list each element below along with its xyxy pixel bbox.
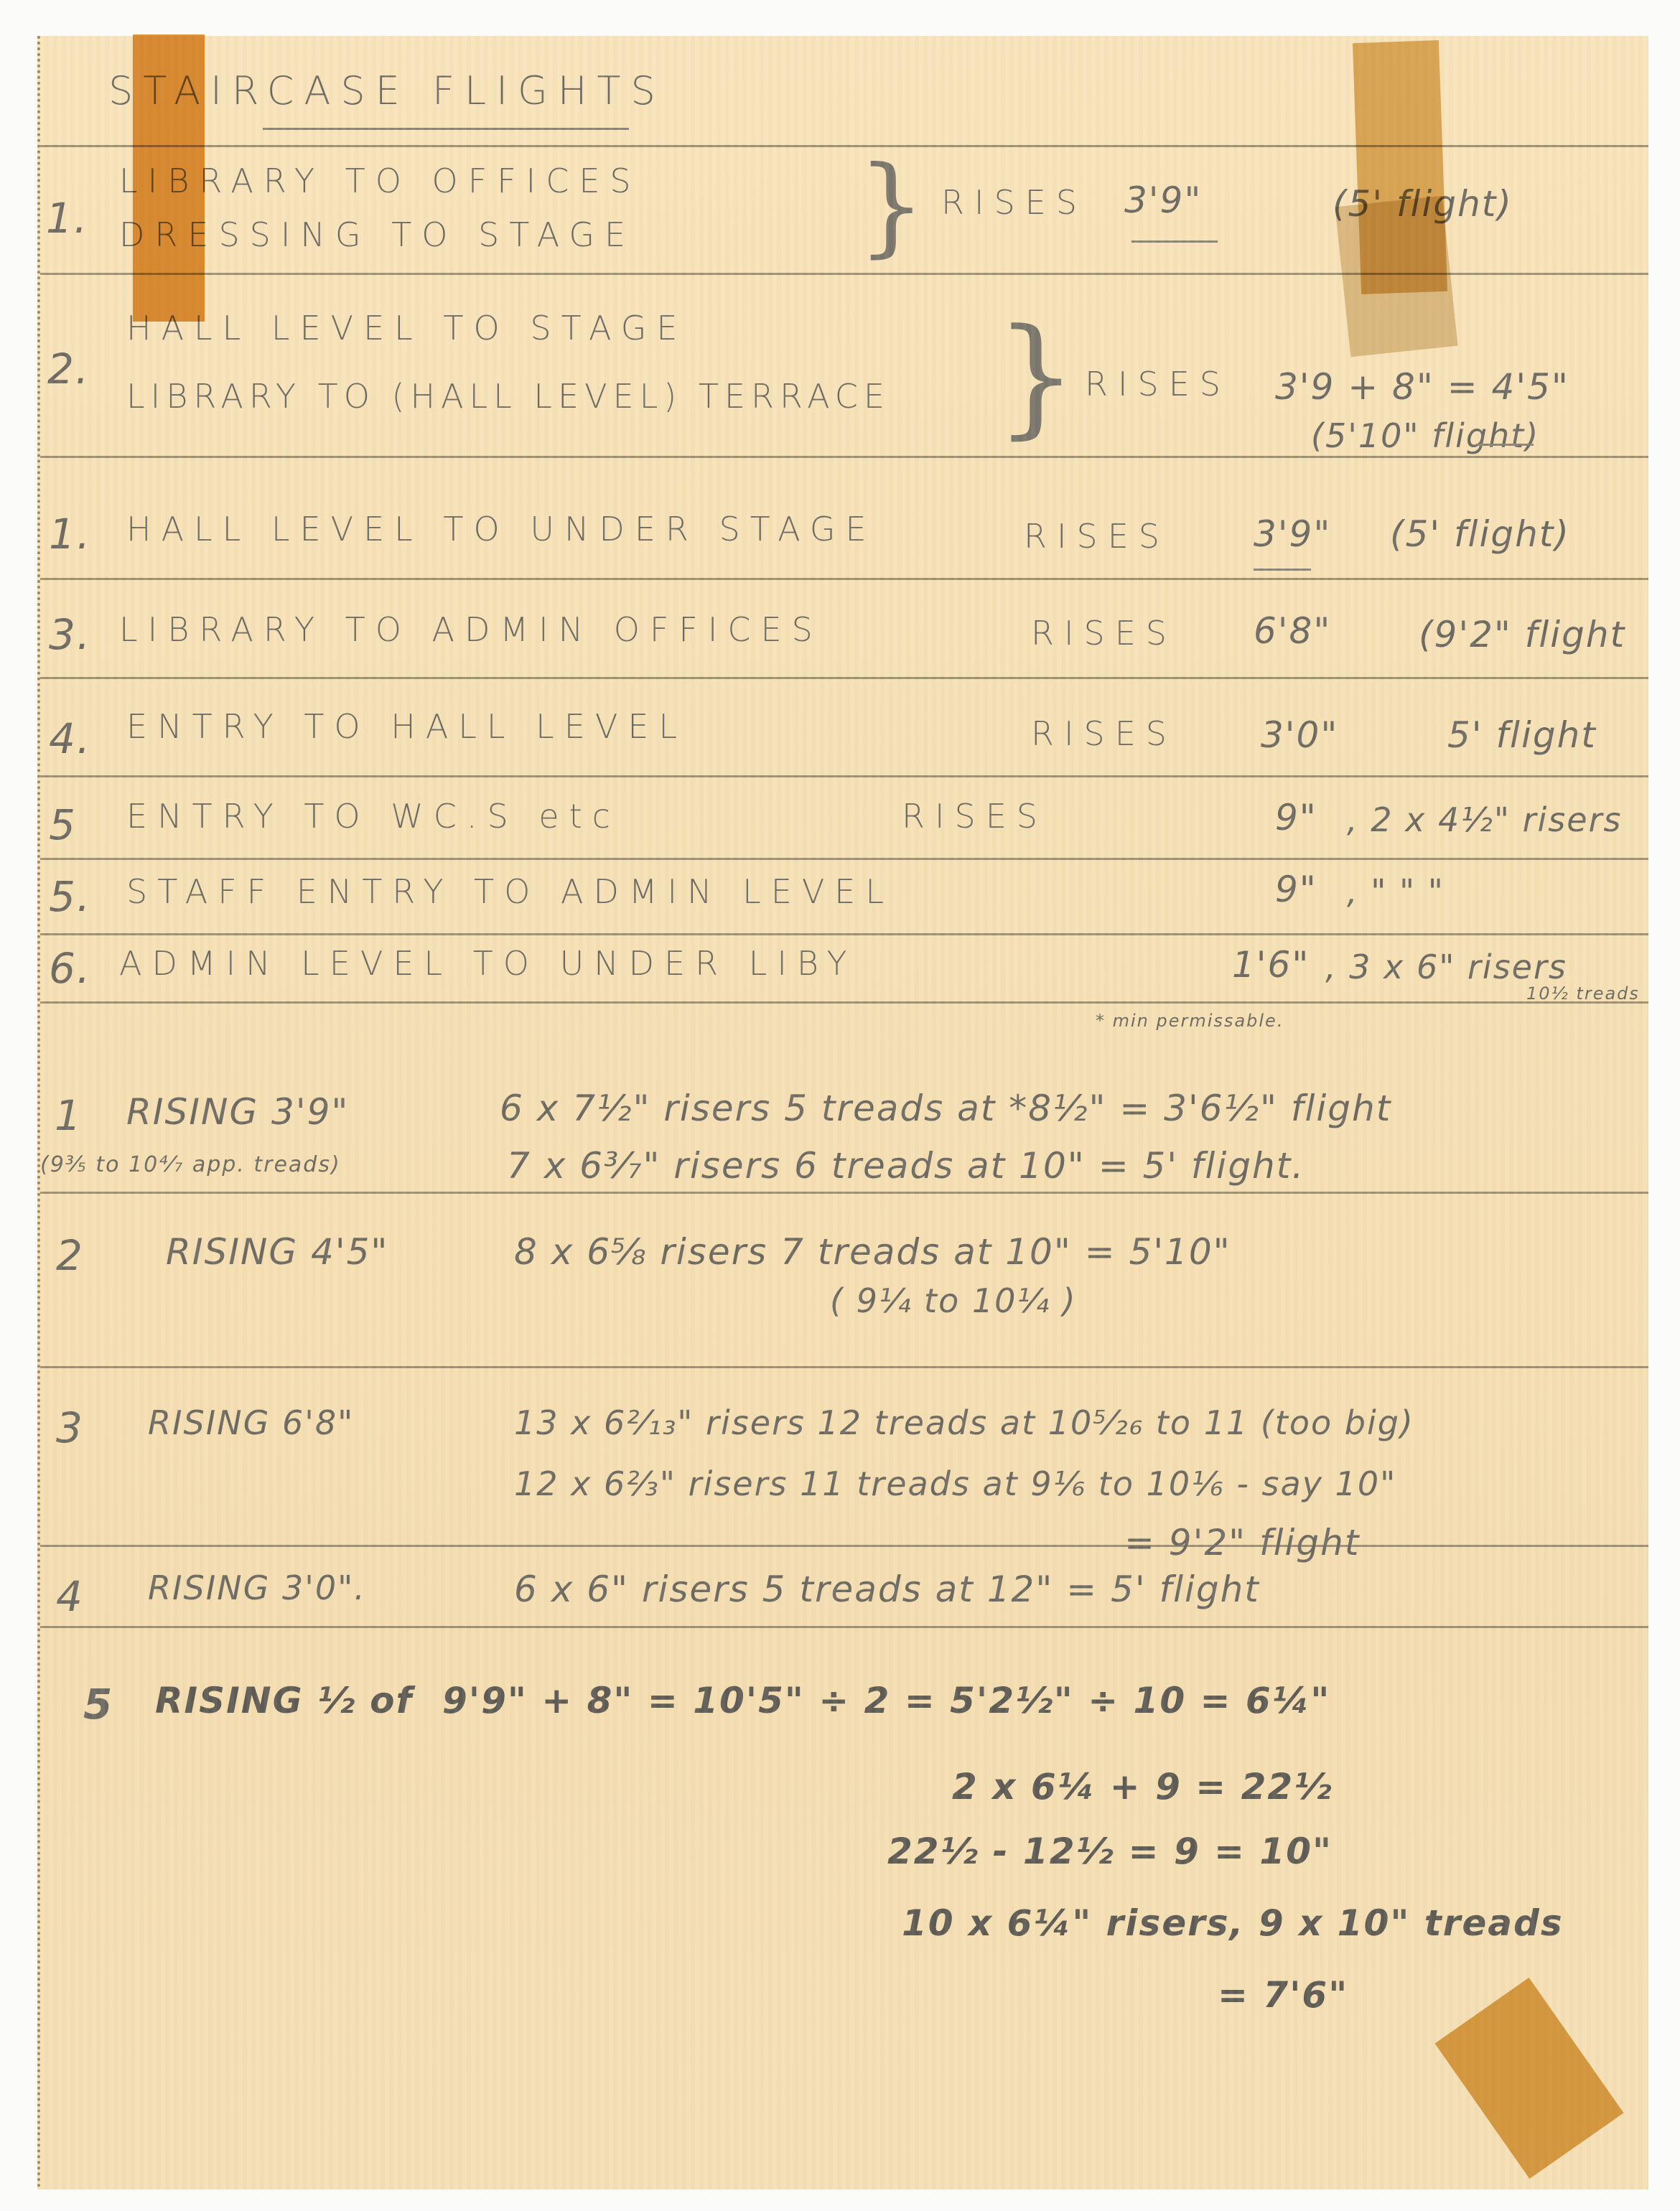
calc-sublabel: (9⅗ to 10⁴⁄₇ app. treads)	[40, 1152, 341, 1177]
rises-label: RISES	[1031, 614, 1177, 653]
ruled-line	[40, 1626, 1648, 1628]
calc-line: 2 x 6¼ + 9 = 22½	[952, 1766, 1333, 1808]
paper-sheet: STAIRCASE FLIGHTS 1. LIBRARY TO OFFICES …	[37, 36, 1648, 2189]
flight-route: ENTRY TO HALL LEVEL	[126, 707, 687, 746]
calc-line: 7 x 6³⁄₇" risers 6 treads at 10" = 5' fl…	[507, 1145, 1305, 1187]
ruled-line	[40, 578, 1648, 580]
flight-number: 1.	[46, 194, 88, 243]
flight-number: 6.	[49, 944, 91, 993]
flight-number: 5	[49, 800, 77, 849]
calc-line: 12 x 6⅔" risers 11 treads at 9⅙ to 10⅙ -…	[514, 1464, 1396, 1503]
rise-value: 3'9"	[1254, 513, 1331, 555]
flight-route: STAFF ENTRY TO ADMIN LEVEL	[126, 872, 894, 911]
rise-value: 3'0"	[1261, 714, 1338, 756]
flight-number: 5.	[49, 872, 91, 921]
flight-underline	[1476, 444, 1534, 446]
footnote: * min permissable.	[1096, 1011, 1284, 1031]
rise-value: 3'9"	[1124, 179, 1202, 221]
flight-number: 2.	[47, 345, 90, 393]
rise-underline	[1254, 569, 1311, 571]
calc-line: 8 x 6⅝ risers 7 treads at 10" = 5'10"	[514, 1231, 1231, 1273]
riser-note: , 2 x 4½" risers	[1347, 800, 1622, 839]
calc-label: RISING 6'8"	[148, 1403, 354, 1442]
ruled-line	[40, 677, 1648, 679]
rise-value: 9"	[1275, 869, 1317, 910]
rise-value: 9"	[1275, 797, 1317, 838]
rise-value: 1'6"	[1232, 944, 1310, 986]
calc-number: 5	[83, 1680, 113, 1729]
ruled-line	[40, 933, 1648, 935]
flight-length: 5' flight	[1447, 714, 1597, 756]
flight-route: ADMIN LEVEL TO UNDER LIBY	[119, 944, 857, 983]
rises-label: RISES	[1085, 365, 1231, 403]
calc-line: 22½ - 12½ = 9 = 10"	[887, 1831, 1333, 1872]
ruled-line	[40, 858, 1648, 860]
ruled-line	[40, 1192, 1648, 1194]
rises-label: RISES	[1024, 517, 1170, 556]
flight-number: 3.	[49, 610, 91, 659]
calc-line: 6 x 6" risers 5 treads at 12" = 5' fligh…	[514, 1569, 1260, 1610]
riser-note: , 3 x 6" risers	[1325, 948, 1567, 986]
calc-number: 1	[55, 1091, 83, 1140]
tread-note: 10½ treads	[1526, 983, 1640, 1004]
brace-icon: }	[995, 301, 1078, 452]
flight-route: HALL LEVEL TO UNDER STAGE	[126, 510, 877, 548]
rise-value: 6'8"	[1254, 610, 1331, 652]
title-underline	[263, 128, 629, 130]
flight-number: 4.	[49, 714, 91, 763]
brace-icon: }	[857, 144, 925, 268]
calc-subline: ( 9¼ to 10¼ )	[830, 1281, 1077, 1320]
calc-line: 10 x 6¼" risers, 9 x 10" treads	[902, 1902, 1564, 1944]
rises-label: RISES	[941, 183, 1087, 222]
ruled-line	[40, 1001, 1648, 1004]
calc-label: RISING 4'5"	[166, 1231, 388, 1273]
calc-line: 9'9" + 8" = 10'5" ÷ 2 = 5'2½" ÷ 10 = 6¼"	[442, 1680, 1330, 1721]
ruled-line	[40, 1366, 1648, 1368]
flight-route: LIBRARY TO ADMIN OFFICES	[119, 610, 823, 649]
riser-note: , " " "	[1347, 872, 1445, 911]
calc-number: 3	[56, 1403, 84, 1452]
flight-route: ENTRY TO WC.S etc	[126, 797, 620, 836]
calc-label: RISING 3'9"	[126, 1091, 349, 1133]
flight-length: (9'2" flight	[1419, 614, 1625, 655]
adhesive-tape	[1335, 196, 1457, 357]
ruled-line	[40, 775, 1648, 777]
rise-underline	[1131, 240, 1218, 243]
rises-label: RISES	[1031, 714, 1177, 753]
flight-length: (5' flight)	[1390, 513, 1570, 555]
flight-route: HALL LEVEL TO STAGE	[126, 309, 687, 347]
calc-number: 2	[56, 1231, 84, 1280]
adhesive-tape	[133, 34, 205, 322]
ruled-line	[40, 1545, 1648, 1547]
flight-route: LIBRARY TO (HALL LEVEL) TERRACE	[126, 377, 890, 416]
calc-line: 13 x 6²⁄₁₃" risers 12 treads at 10⁵⁄₂₆ t…	[514, 1403, 1414, 1442]
flight-length: (5'10" flight)	[1311, 416, 1539, 455]
calc-line: = 9'2" flight	[1124, 1522, 1360, 1563]
calc-line: = 7'6"	[1218, 1974, 1348, 2016]
calc-label: RISING ½ of	[155, 1680, 413, 1721]
calc-label: RISING 3'0".	[148, 1569, 366, 1607]
calc-line: 6 x 7½" risers 5 treads at *8½" = 3'6½" …	[500, 1088, 1391, 1129]
flight-number: 1.	[49, 510, 91, 558]
rise-value: 3'9 + 8" = 4'5"	[1275, 366, 1569, 408]
calc-number: 4	[56, 1572, 84, 1621]
rises-label: RISES	[902, 797, 1047, 836]
ruled-line	[40, 456, 1648, 458]
